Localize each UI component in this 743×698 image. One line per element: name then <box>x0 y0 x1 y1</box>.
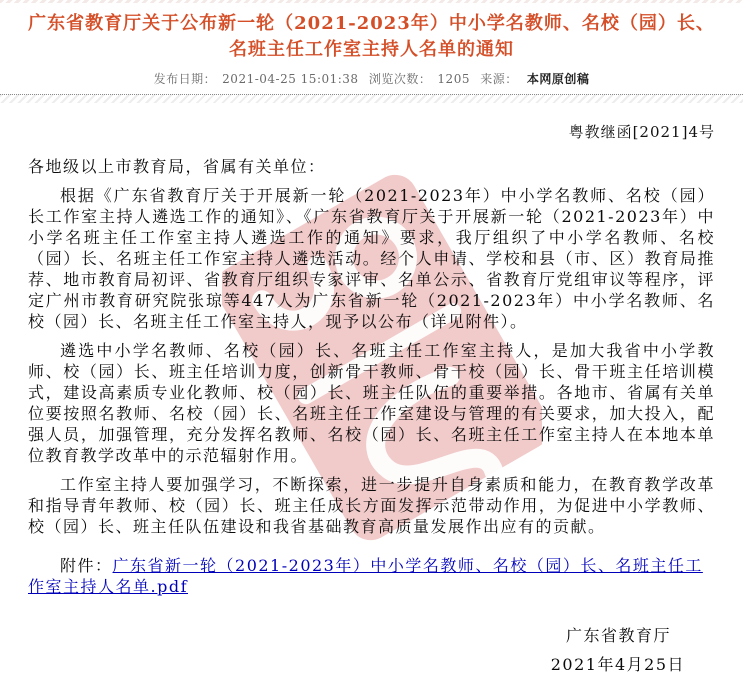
publish-date-label: 发布日期： <box>154 72 217 86</box>
article-meta-bar: 发布日期：2021-04-25 15:01:38 浏览次数：1205 来源：本网… <box>0 70 743 87</box>
body-paragraph: 遴选中小学名教师、名校（园）长、名班主任工作室主持人，是加大我省中小学教师、校（… <box>28 340 715 466</box>
dotted-divider <box>0 94 743 103</box>
views-label: 浏览次数： <box>369 72 432 86</box>
publish-date-value: 2021-04-25 15:01:38 <box>222 72 358 86</box>
signature-org: 广东省教育厅 <box>28 625 715 646</box>
views-value: 1205 <box>437 72 470 86</box>
attachment-label: 附件： <box>60 556 113 575</box>
salutation: 各地级以上市教育局，省属有关单位： <box>28 156 715 177</box>
body-paragraph: 工作室主持人要加强学习，不断探索，进一步提升自身素质和能力，在教育教学改革和指导… <box>28 474 715 537</box>
page-title: 广东省教育厅关于公布新一轮（2021-2023年）中小学名教师、名校（园）长、名… <box>28 11 715 63</box>
top-border <box>0 0 743 3</box>
source-value: 本网原创稿 <box>527 72 590 86</box>
attachment-row: 附件：广东省新一轮（2021-2023年）中小学名教师、名校（园）长、名班主任工… <box>28 555 715 597</box>
source-label: 来源： <box>480 72 518 86</box>
signature-date: 2021年4月25日 <box>28 654 715 675</box>
document-number: 粤教继函[2021]4号 <box>0 121 743 142</box>
body-paragraph: 根据《广东省教育厅关于开展新一轮（2021-2023年）中小学名教师、名校（园）… <box>28 185 715 332</box>
signature-block: 广东省教育厅 2021年4月25日 <box>28 625 715 675</box>
attachment-pdf-link[interactable]: 广东省新一轮（2021-2023年）中小学名教师、名校（园）长、名班主任工作室主… <box>28 556 703 596</box>
notice-page: 广东省教育厅关于公布新一轮（2021-2023年）中小学名教师、名校（园）长、名… <box>0 0 743 698</box>
notice-body: 各地级以上市教育局，省属有关单位： 根据《广东省教育厅关于开展新一轮（2021-… <box>0 156 743 675</box>
